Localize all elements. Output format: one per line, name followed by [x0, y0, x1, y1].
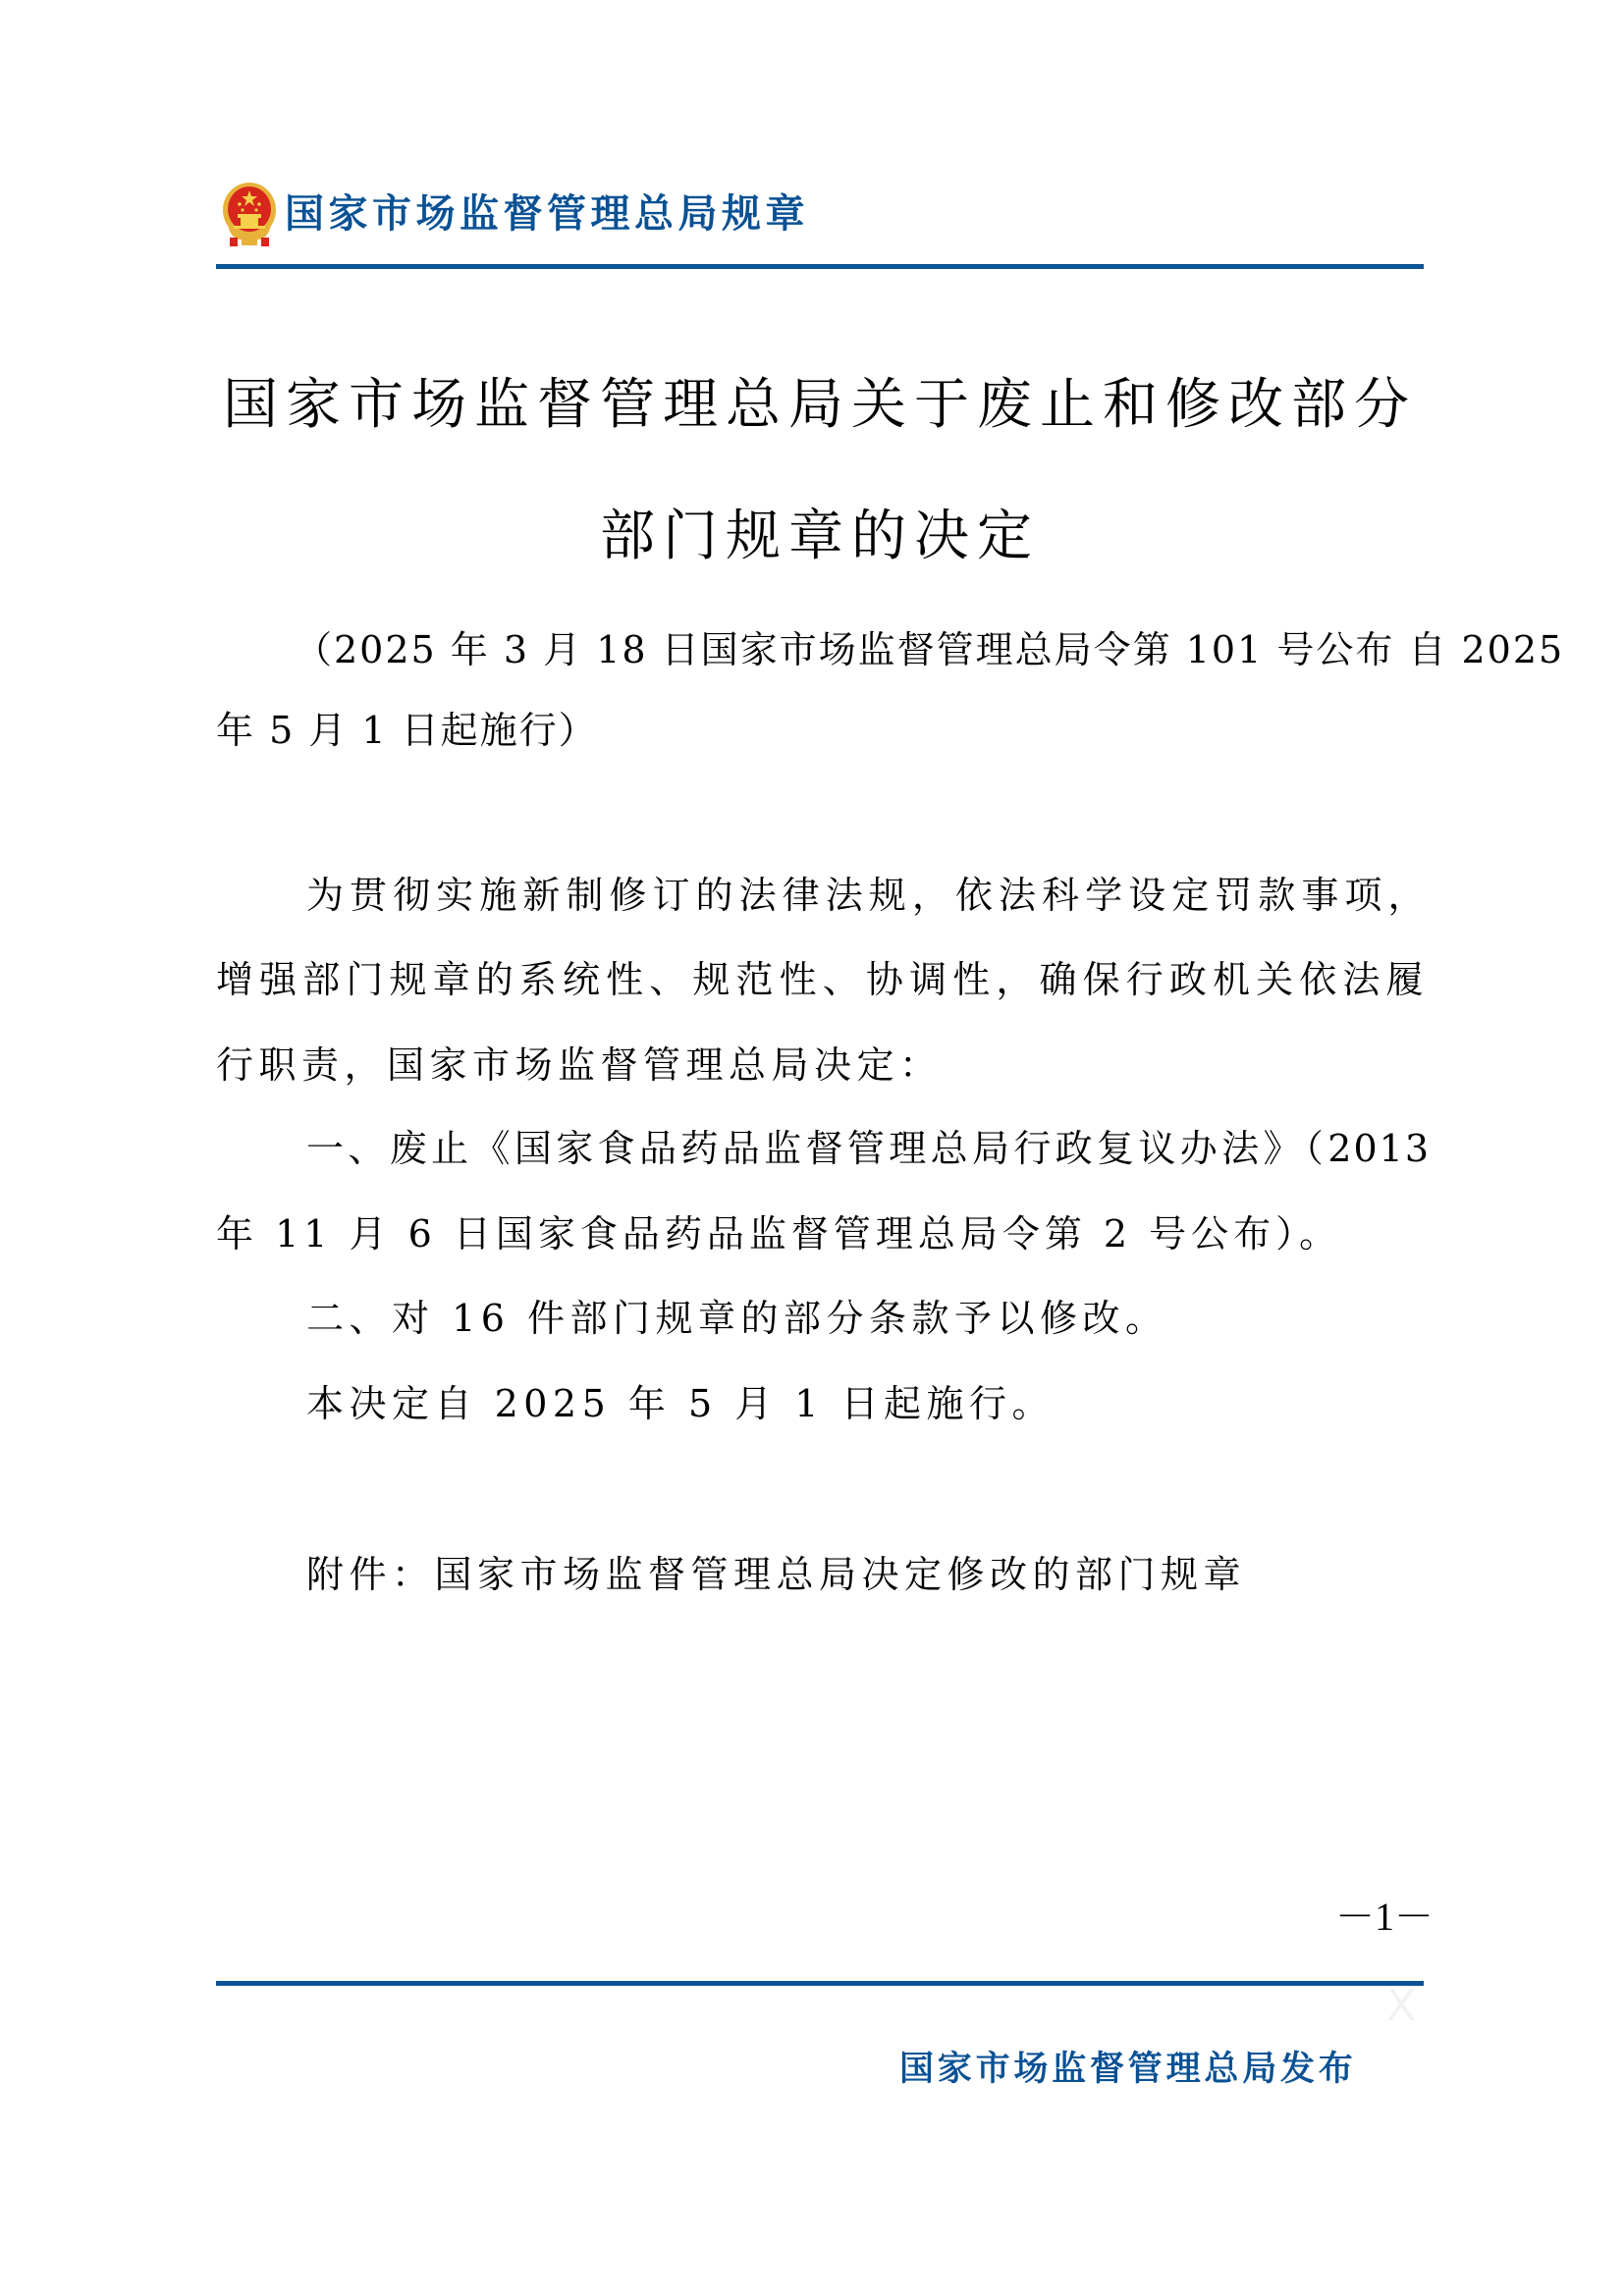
attachment-reference: 附件：国家市场监督管理总局决定修改的部门规章 [306, 1550, 1431, 1599]
paragraph-3-line-1: 二、对 16 件部门规章的部分条款予以修改。 [306, 1294, 1431, 1343]
header-divider [216, 264, 1424, 269]
faint-watermark-mark: X [1386, 1985, 1416, 2028]
effective-date-statement: 本决定自 2025 年 5 月 1 日起施行。 [306, 1379, 1431, 1428]
document-title-line-2: 部门规章的决定 [216, 503, 1424, 571]
page-number: －1－ [1335, 1895, 1426, 1940]
paragraph-2-line-2: 年 11 月 6 日国家食品药品监督管理总局令第 2 号公布）。 [216, 1209, 1429, 1258]
promulgation-note-line-2: 年 5 月 1 日起施行） [216, 706, 1429, 755]
footer-publisher: 国家市场监督管理总局发布 [899, 2044, 1357, 2095]
national-emblem-icon [220, 181, 279, 247]
paragraph-1-line-3: 行职责，国家市场监督管理总局决定： [216, 1041, 1429, 1090]
paragraph-2-line-1: 一、废止《国家食品药品监督管理总局行政复议办法》（2013 [306, 1124, 1431, 1173]
header-title: 国家市场监督管理总局规章 [285, 188, 809, 240]
paragraph-1-line-1: 为贯彻实施新制修订的法律法规，依法科学设定罚款事项， [306, 871, 1431, 920]
document-title-line-1: 国家市场监督管理总局关于废止和修改部分 [216, 371, 1424, 440]
footer-divider [216, 1981, 1424, 1986]
promulgation-note-line-1: （2025 年 3 月 18 日国家市场监督管理总局令第 101 号公布 自 2… [295, 625, 1426, 674]
paragraph-1-line-2: 增强部门规章的系统性、规范性、协调性，确保行政机关依法履 [216, 955, 1429, 1004]
